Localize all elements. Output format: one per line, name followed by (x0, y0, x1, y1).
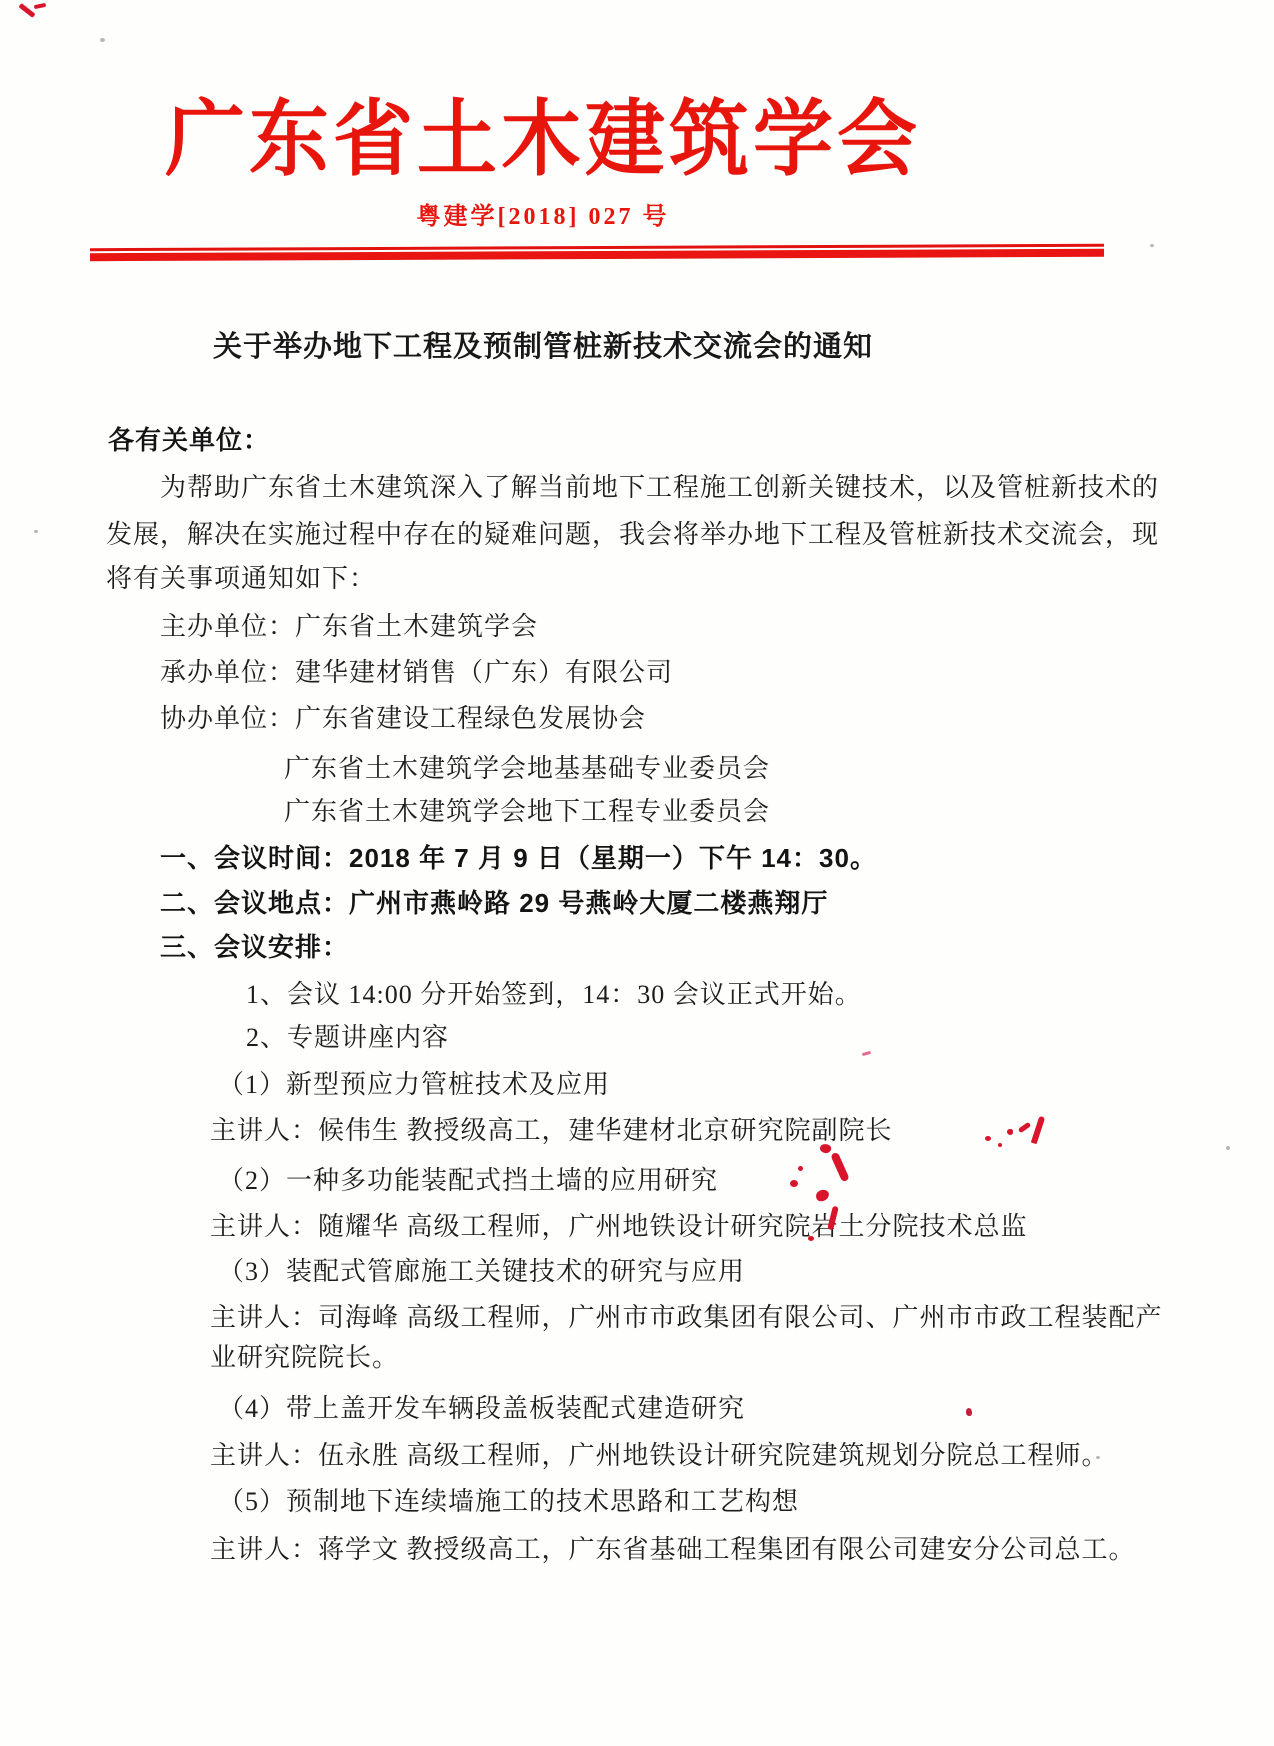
notice-title: 关于举办地下工程及预制管桩新技术交流会的通知 (0, 324, 1086, 365)
agenda-heading: 三、会议安排： (160, 930, 349, 964)
salutation: 各有关单位： (108, 423, 270, 457)
topic-1-title: （1）新型预应力管桩技术及应用 (218, 1068, 610, 1102)
topic-5-title: （5）预制地下连续墙施工的技术思路和工艺构想 (218, 1485, 799, 1519)
undertaker-unit-line: 承办单位：建华建材销售（广东）有限公司 (160, 656, 673, 690)
intro-line-1: 为帮助广东省土木建筑深入了解当前地下工程施工创新关键技术，以及管桩新技术的 (160, 471, 1159, 505)
topic-2-title: （2）一种多功能装配式挡土墙的应用研究 (218, 1164, 718, 1198)
letterhead-org-name: 广东省土木建筑学会 (0, 72, 1086, 192)
intro-line-2: 发展，解决在实施过程中存在的疑难问题，我会将举办地下工程及管桩新技术交流会，现 (106, 518, 1159, 552)
meeting-place-line: 二、会议地点：广州市燕岭路 29 号燕岭大厦二楼燕翔厅 (160, 886, 828, 920)
red-ink-dot-small (862, 1052, 874, 1058)
topic-3-speaker-continued: 业研究院院长。 (210, 1341, 399, 1375)
co-organizer-line-3: 广东省土木建筑学会地下工程专业委员会 (284, 795, 770, 829)
red-ink-smudge-splash (790, 1144, 875, 1259)
agenda-item-1: 1、会议 14:00 分开始签到，14：30 会议正式开始。 (246, 978, 862, 1012)
intro-line-3: 将有关事项通知如下： (106, 562, 376, 596)
co-organizer-line-1: 协办单位：广东省建设工程绿色发展协会 (160, 702, 646, 736)
co-organizer-line-2: 广东省土木建筑学会地基基础专业委员会 (284, 752, 770, 786)
topic-4-title: （4）带上盖开发车辆段盖板装配式建造研究 (218, 1392, 745, 1426)
red-ink-smudge-corner (16, 0, 56, 24)
scan-speck (1150, 244, 1154, 247)
scan-speck (100, 38, 105, 42)
red-ink-smudge-speckles (985, 1116, 1055, 1164)
red-ink-dot (966, 1408, 974, 1418)
topic-3-title: （3）装配式管廊施工关键技术的研究与应用 (218, 1255, 745, 1289)
topic-3-speaker: 主讲人：司海峰 高级工程师，广州市市政集团有限公司、广州市市政工程装配产 (210, 1301, 1163, 1335)
host-unit-line: 主办单位：广东省土木建筑学会 (160, 610, 538, 644)
document-number: 粤建学[2018] 027 号 (0, 196, 1086, 231)
topic-4-speaker: 主讲人：伍永胜 高级工程师，广州地铁设计研究院建筑规划分院总工程师。 (210, 1439, 1109, 1473)
scan-speck (1226, 1146, 1230, 1150)
letterhead-divider-rule (90, 244, 1104, 261)
meeting-time-line: 一、会议时间：2018 年 7 月 9 日（星期一）下午 14：30。 (160, 841, 877, 875)
agenda-item-2: 2、专题讲座内容 (246, 1021, 449, 1055)
scan-speck (34, 530, 38, 533)
scan-speck (1096, 1456, 1100, 1459)
scanned-notice-page: 广东省土木建筑学会 粤建学[2018] 027 号 关于举办地下工程及预制管桩新… (0, 0, 1274, 1746)
topic-2-speaker: 主讲人：随耀华 高级工程师，广州地铁设计研究院岩土分院技术总监 (210, 1210, 1028, 1244)
topic-5-speaker: 主讲人：蒋学文 教授级高工，广东省基础工程集团有限公司建安分公司总工。 (210, 1533, 1136, 1567)
topic-1-speaker: 主讲人：候伟生 教授级高工，建华建材北京研究院副院长 (210, 1114, 893, 1148)
